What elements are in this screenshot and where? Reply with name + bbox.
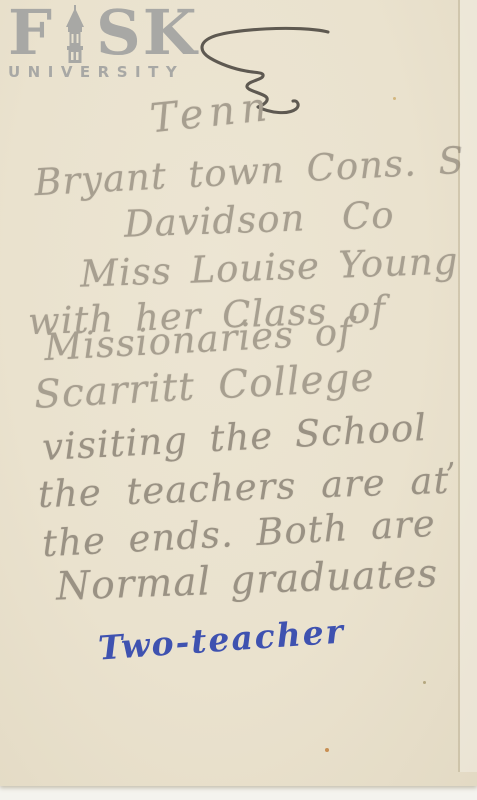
handwriting-line-school: Bryant town Cons. S (33, 139, 466, 204)
jubilee-hall-tower-icon (59, 5, 91, 63)
fisk-university-watermark: F SK UNIVERSITY (8, 4, 199, 81)
handwriting-line-county: Davidson Co (123, 193, 395, 245)
fisk-letters-sk: SK (96, 4, 199, 62)
fisk-wordmark: F SK (8, 4, 199, 62)
paper-speck (393, 97, 396, 100)
fisk-letter-f: F (8, 4, 54, 62)
handwriting-line-visiting: visiting the School (41, 406, 428, 469)
paper-right-edge-strip (460, 0, 477, 772)
university-subtitle: UNIVERSITY (8, 63, 199, 81)
paper-speck (423, 681, 426, 684)
paper-speck (325, 748, 329, 752)
handwriting-line-name: Miss Louise Young (79, 239, 459, 295)
handwriting-line-state: Tenn (148, 84, 275, 143)
scanned-paper: F SK UNIVERSITY Tenn Br (0, 0, 477, 786)
blue-ink-annotation: Two-teacher (97, 611, 346, 667)
